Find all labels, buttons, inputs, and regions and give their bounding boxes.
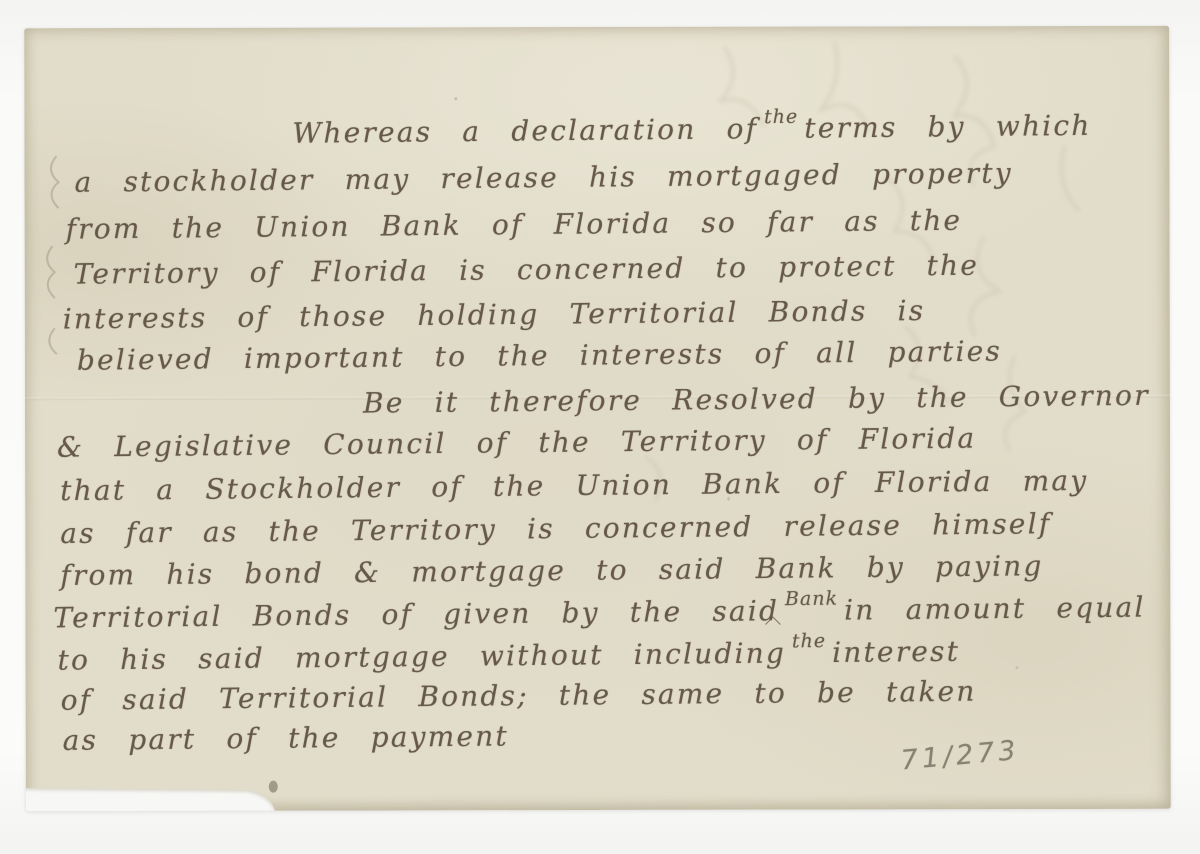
line-text-continued: terms by which bbox=[804, 109, 1091, 145]
manuscript-line-03: from the Union Bank of Florida so far as… bbox=[65, 204, 962, 246]
manuscript-line-12: Territorial Bonds of given by the saidBa… bbox=[53, 591, 1145, 635]
line-text: to his said mortgage without including bbox=[57, 636, 786, 676]
line-text: that a Stockholder of the Union Bank of … bbox=[60, 464, 1088, 507]
manuscript-line-01: Whereas a declaration oftheterms by whic… bbox=[292, 109, 1091, 150]
line-text: from his bond & mortgage to said Bank by… bbox=[60, 549, 1044, 592]
manuscript-line-06: believed important to the interests of a… bbox=[77, 335, 1002, 377]
line-text-continued: interest bbox=[832, 635, 960, 669]
line-text: as far as the Territory is concerned rel… bbox=[60, 507, 1051, 550]
manuscript-text: Whereas a declaration oftheterms by whic… bbox=[24, 26, 1171, 811]
manuscript-line-05: interests of those holding Territorial B… bbox=[63, 294, 926, 336]
manuscript-line-04: Territory of Florida is concerned to pro… bbox=[74, 249, 980, 291]
manuscript-line-13: to his said mortgage without includingth… bbox=[57, 635, 960, 677]
line-text-continued: in amount equal bbox=[844, 591, 1146, 627]
line-text: Territory of Florida is concerned to pro… bbox=[74, 249, 980, 291]
line-text: from the Union Bank of Florida so far as… bbox=[65, 204, 962, 246]
inserted-word: the bbox=[764, 106, 798, 128]
manuscript-line-08: & Legislative Council of the Territory o… bbox=[57, 422, 977, 464]
line-text: & Legislative Council of the Territory o… bbox=[57, 422, 977, 464]
line-text: Be it therefore Resolved by the Governor bbox=[363, 379, 1150, 420]
inserted-word: the bbox=[792, 630, 826, 652]
ink-speck bbox=[727, 497, 730, 501]
ink-speck bbox=[454, 97, 457, 100]
line-text: as part of the payment bbox=[63, 719, 510, 756]
manuscript-line-07: Be it therefore Resolved by the Governor bbox=[363, 379, 1150, 420]
line-text: interests of those holding Territorial B… bbox=[63, 294, 926, 336]
ink-speck bbox=[1016, 666, 1019, 669]
document-page: Whereas a declaration oftheterms by whic… bbox=[24, 26, 1171, 811]
manuscript-line-14: of said Territorial Bonds; the same to b… bbox=[60, 675, 976, 717]
line-text: Whereas a declaration of bbox=[292, 112, 758, 150]
line-text: a stockholder may release his mortgaged … bbox=[74, 156, 1013, 198]
inserted-word: Bank bbox=[785, 588, 838, 611]
line-text: of said Territorial Bonds; the same to b… bbox=[60, 675, 976, 717]
ink-speck bbox=[269, 781, 278, 793]
line-text: Territorial Bonds of given by the said bbox=[53, 594, 779, 634]
torn-edge-notch bbox=[24, 788, 276, 811]
manuscript-line-11: from his bond & mortgage to said Bank by… bbox=[60, 549, 1044, 592]
line-text: believed important to the interests of a… bbox=[77, 335, 1002, 377]
manuscript-line-15: as part of the payment bbox=[63, 719, 510, 756]
manuscript-line-09: that a Stockholder of the Union Bank of … bbox=[60, 464, 1088, 507]
manuscript-line-10: as far as the Territory is concerned rel… bbox=[60, 507, 1051, 550]
manuscript-line-02: a stockholder may release his mortgaged … bbox=[74, 156, 1013, 198]
